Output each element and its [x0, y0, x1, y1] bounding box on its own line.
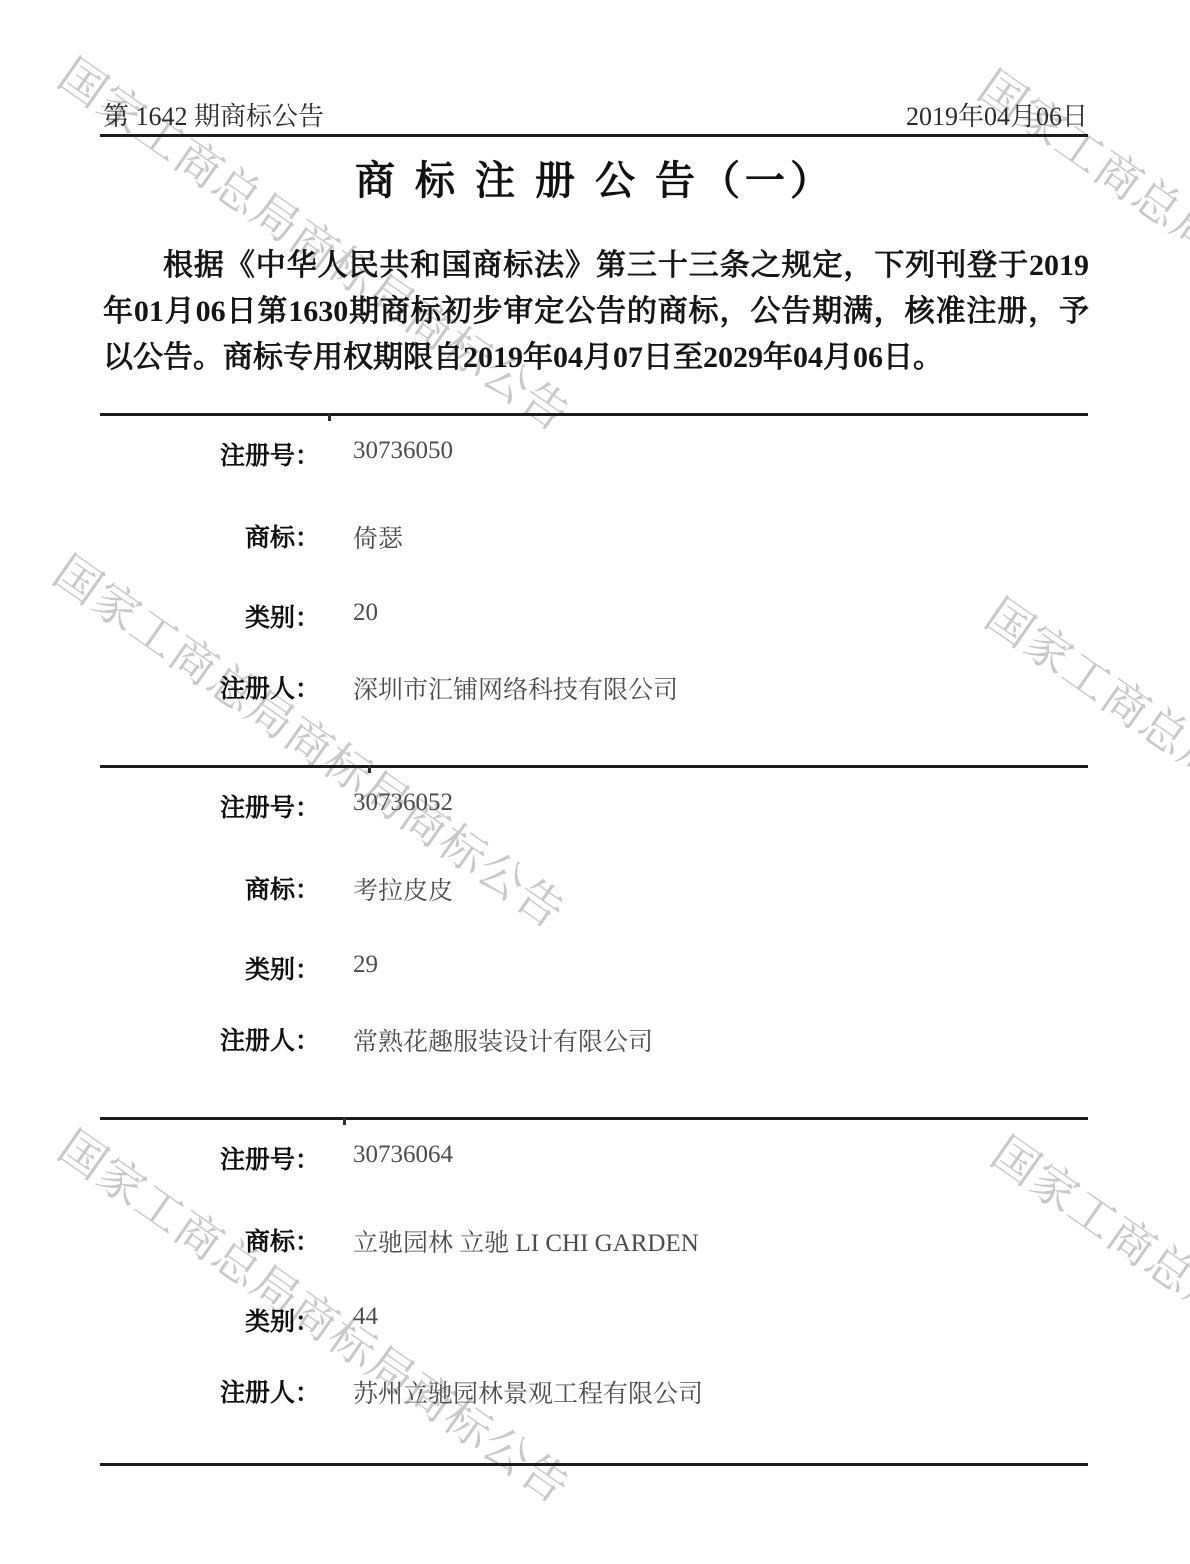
trademark-label: 商标： [100, 1222, 320, 1258]
reg-no-label: 注册号： [100, 788, 320, 824]
reg-no-label: 注册号： [100, 1140, 320, 1176]
intro-paragraph: 根据《中华人民共和国商标法》第三十三条之规定，下列刊登于2019年01月06日第… [103, 243, 1089, 381]
record-row-reg-no: 注册号： 30736064 [100, 1140, 1088, 1174]
trademark-value: 倚瑟 [353, 519, 403, 555]
divider-tick [343, 1117, 346, 1125]
trademark-record: 注册号： 30736050 商标： 倚瑟 类别： 20 注册人： 深圳市汇铺网络… [100, 413, 1088, 765]
page-title: 商 标 注 册 公 告（一） [0, 149, 1190, 206]
registrant-label: 注册人： [100, 1021, 320, 1057]
reg-no-value: 30736064 [353, 1141, 453, 1169]
record-row-reg-no: 注册号： 30736050 [100, 436, 1088, 470]
trademark-label: 商标： [100, 518, 320, 554]
record-row-trademark: 商标： 考拉皮皮 [100, 870, 1088, 904]
record-row-trademark: 商标： 立驰园林 立驰 LI CHI GARDEN [100, 1222, 1088, 1256]
reg-no-label: 注册号： [100, 436, 320, 472]
reg-no-value: 30736050 [353, 437, 453, 465]
registrant-value: 深圳市汇铺网络科技有限公司 [353, 670, 678, 706]
record-row-category: 类别： 29 [100, 950, 1088, 984]
category-value: 44 [353, 1303, 378, 1331]
trademark-value: 考拉皮皮 [353, 871, 453, 907]
category-label: 类别： [100, 950, 320, 986]
gazette-date-label: 2019年04月06日 [906, 96, 1088, 133]
record-row-category: 类别： 44 [100, 1302, 1088, 1336]
trademark-value: 立驰园林 立驰 LI CHI GARDEN [353, 1223, 699, 1259]
registrant-label: 注册人： [100, 1373, 320, 1409]
record-row-registrant: 注册人： 常熟花趣服装设计有限公司 [100, 1021, 1088, 1055]
trademark-record: 注册号： 30736052 商标： 考拉皮皮 类别： 29 注册人： 常熟花趣服… [100, 765, 1088, 1117]
gazette-issue-label: 第 1642 期商标公告 [103, 96, 324, 133]
category-label: 类别： [100, 1302, 320, 1338]
record-row-category: 类别： 20 [100, 598, 1088, 632]
record-row-registrant: 注册人： 苏州立驰园林景观工程有限公司 [100, 1373, 1088, 1407]
record-row-trademark: 商标： 倚瑟 [100, 518, 1088, 552]
trademark-label: 商标： [100, 870, 320, 906]
registrant-label: 注册人： [100, 669, 320, 705]
record-row-registrant: 注册人： 深圳市汇铺网络科技有限公司 [100, 669, 1088, 703]
divider-tick [368, 765, 371, 773]
category-value: 29 [353, 951, 378, 979]
divider-tick [328, 413, 331, 421]
category-label: 类别： [100, 598, 320, 634]
header-divider [100, 134, 1088, 137]
trademark-record: 注册号： 30736064 商标： 立驰园林 立驰 LI CHI GARDEN … [100, 1117, 1088, 1463]
reg-no-value: 30736052 [353, 789, 453, 817]
bottom-divider [100, 1463, 1088, 1466]
registrant-value: 常熟花趣服装设计有限公司 [353, 1022, 653, 1058]
registrant-value: 苏州立驰园林景观工程有限公司 [353, 1374, 703, 1410]
category-value: 20 [353, 599, 378, 627]
record-row-reg-no: 注册号： 30736052 [100, 788, 1088, 822]
